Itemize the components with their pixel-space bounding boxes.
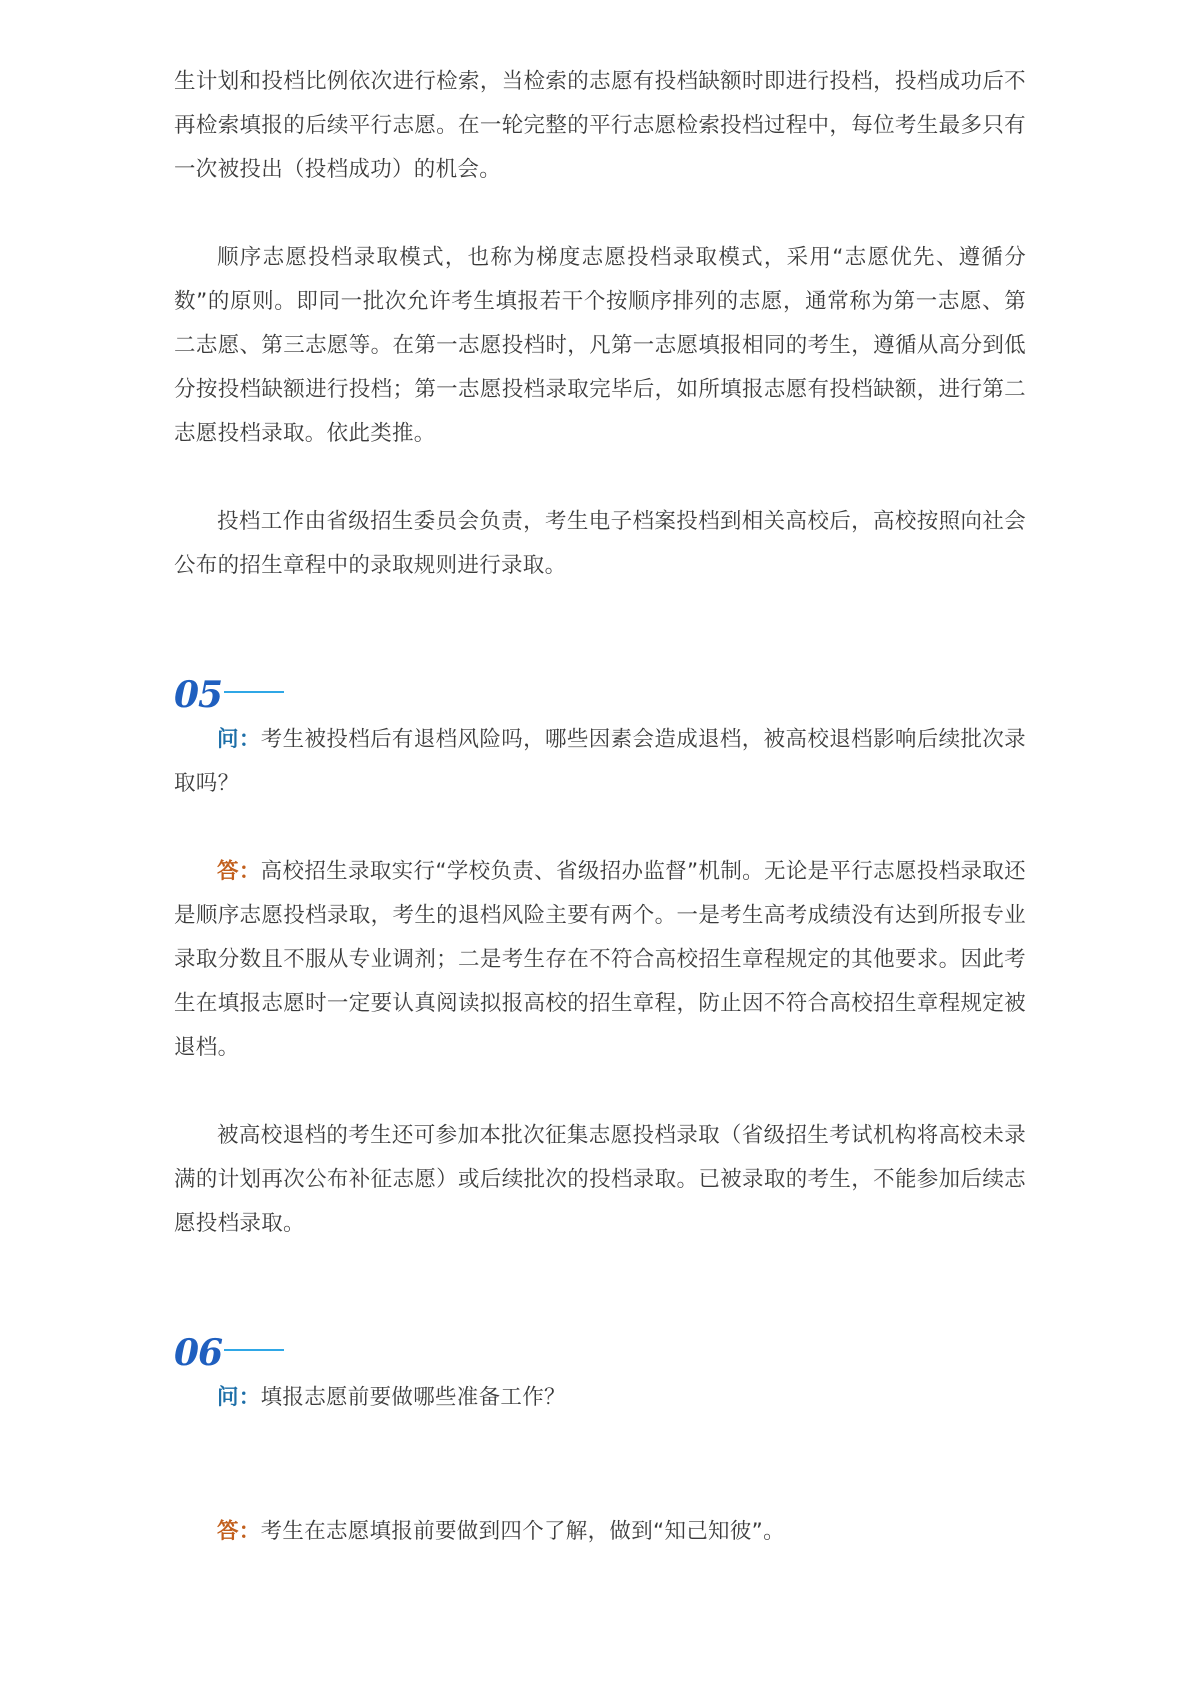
section-05: 05 问：考生被投档后有退档风险吗，哪些因素会造成退档，被高校退档影响后续批次录… bbox=[174, 672, 1026, 1246]
document-page: 生计划和投档比例依次进行检索，当检索的志愿有投档缺额时即进行投档，投档成功后不再… bbox=[174, 60, 1026, 1554]
question-label: 问： bbox=[217, 727, 261, 752]
answer-label: 答： bbox=[217, 1519, 261, 1544]
question-text: 考生被投档后有退档风险吗，哪些因素会造成退档，被高校退档影响后续批次录取吗？ bbox=[174, 727, 1026, 796]
intro-paragraph-3: 投档工作由省级招生委员会负责，考生电子档案投档到相关高校后，高校按照向社会公布的… bbox=[174, 500, 1026, 588]
answer-extra-paragraph: 被高校退档的考生还可参加本批次征集志愿投档录取（省级招生考试机构将高校未录满的计… bbox=[174, 1114, 1026, 1246]
answer-paragraph: 答：高校招生录取实行“学校负责、省级招办监督”机制。无论是平行志愿投档录取还是顺… bbox=[174, 850, 1026, 1070]
section-divider-line bbox=[224, 1349, 284, 1351]
question-paragraph: 问：填报志愿前要做哪些准备工作？ bbox=[174, 1376, 1026, 1420]
spacer bbox=[174, 1420, 1026, 1510]
answer-text: 考生在志愿填报前要做到四个了解，做到“知己知彼”。 bbox=[261, 1519, 785, 1544]
answer-paragraph: 答：考生在志愿填报前要做到四个了解，做到“知己知彼”。 bbox=[174, 1510, 1026, 1554]
section-number: 05 bbox=[174, 672, 222, 718]
intro-paragraph-2: 顺序志愿投档录取模式，也称为梯度志愿投档录取模式，采用“志愿优先、遵循分数”的原… bbox=[174, 236, 1026, 456]
section-06: 06 问：填报志愿前要做哪些准备工作？ 答：考生在志愿填报前要做到四个了解，做到… bbox=[174, 1330, 1026, 1554]
answer-label: 答： bbox=[217, 859, 261, 884]
section-heading: 06 bbox=[174, 1330, 1026, 1376]
spacer bbox=[174, 456, 1026, 500]
section-number: 06 bbox=[174, 1330, 222, 1376]
intro-paragraph-1: 生计划和投档比例依次进行检索，当检索的志愿有投档缺额时即进行投档，投档成功后不再… bbox=[174, 60, 1026, 192]
spacer bbox=[174, 192, 1026, 236]
spacer bbox=[174, 588, 1026, 672]
spacer bbox=[174, 1246, 1026, 1330]
section-divider-line bbox=[224, 691, 284, 693]
question-label: 问： bbox=[217, 1385, 261, 1410]
question-paragraph: 问：考生被投档后有退档风险吗，哪些因素会造成退档，被高校退档影响后续批次录取吗？ bbox=[174, 718, 1026, 806]
question-text: 填报志愿前要做哪些准备工作？ bbox=[261, 1385, 566, 1410]
answer-text: 高校招生录取实行“学校负责、省级招办监督”机制。无论是平行志愿投档录取还是顺序志… bbox=[174, 859, 1026, 1060]
spacer bbox=[174, 806, 1026, 850]
spacer bbox=[174, 1070, 1026, 1114]
section-heading: 05 bbox=[174, 672, 1026, 718]
